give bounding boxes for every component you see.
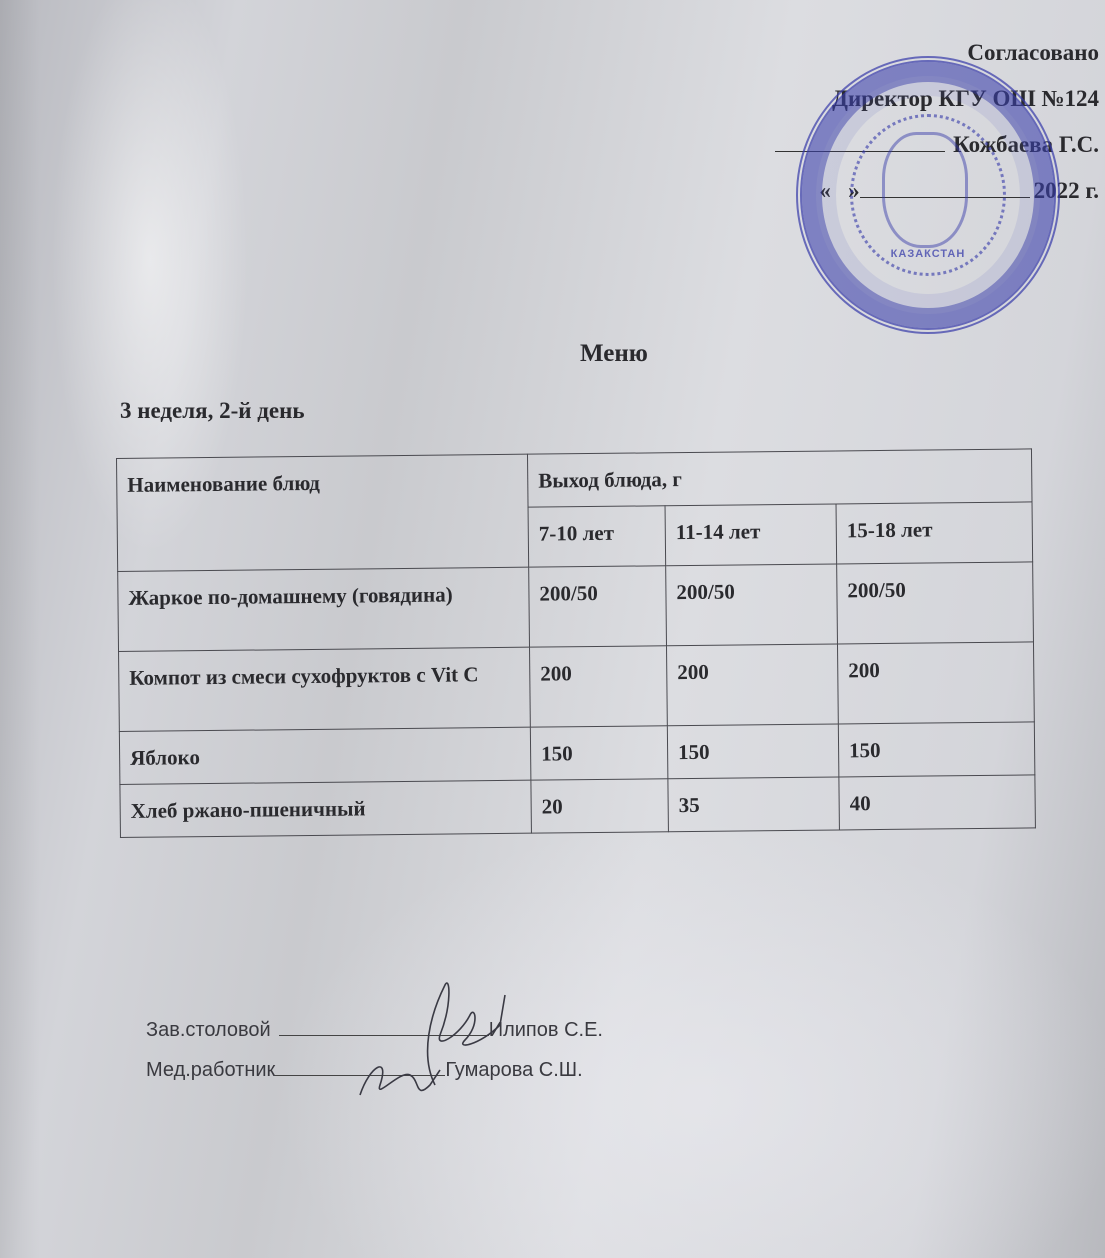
signature-role: Мед.работник	[146, 1059, 275, 1081]
yield-value: 150	[530, 726, 668, 780]
yield-value: 200/50	[837, 562, 1034, 644]
document-subtitle: 3 неделя, 2-й день	[120, 398, 305, 424]
yield-value: 35	[668, 777, 840, 832]
yield-value: 200	[666, 644, 838, 726]
header-age-group: 11-14 лет	[665, 504, 837, 566]
dish-name: Компот из смеси сухофруктов с Vit C	[119, 647, 531, 731]
header-dish-name: Наименование блюд	[117, 454, 529, 571]
stamp-emblem-icon	[882, 132, 968, 248]
header-age-group: 15-18 лет	[836, 502, 1033, 564]
handwritten-signature-icon	[340, 975, 530, 1105]
yield-value: 150	[838, 722, 1035, 777]
dish-name: Хлеб ржано-пшеничный	[120, 780, 532, 837]
document-title: Меню	[580, 340, 648, 368]
yield-value: 200	[530, 646, 668, 727]
table-row: Хлеб ржано-пшеничный 20 35 40	[120, 775, 1036, 838]
yield-value: 40	[839, 775, 1036, 830]
table-header-row: Наименование блюд Выход блюда, г	[117, 449, 1033, 512]
yield-value: 200/50	[666, 564, 838, 646]
table-row: Яблоко 150 150 150	[119, 722, 1035, 785]
yield-value: 150	[667, 724, 839, 779]
stamp-label: КАЗАКСТАН	[802, 248, 1054, 260]
table-row: Компот из смеси сухофруктов с Vit C 200 …	[119, 642, 1035, 732]
header-yield: Выход блюда, г	[527, 449, 1032, 507]
official-seal-stamp: КАЗАКСТАН	[796, 56, 1060, 334]
dish-name: Жаркое по-домашнему (говядина)	[118, 567, 530, 651]
signature-role: Зав.столовой	[146, 1019, 271, 1041]
menu-document: Согласовано Директор КГУ ОШ №124 Кожбаев…	[0, 0, 1105, 1258]
dish-name: Яблоко	[119, 727, 531, 784]
table-row: Жаркое по-домашнему (говядина) 200/50 20…	[118, 562, 1034, 652]
menu-table: Наименование блюд Выход блюда, г 7-10 ле…	[116, 448, 1036, 838]
yield-value: 200/50	[529, 566, 667, 647]
header-age-group: 7-10 лет	[528, 506, 666, 567]
yield-value: 20	[531, 779, 669, 833]
yield-value: 200	[837, 642, 1034, 724]
